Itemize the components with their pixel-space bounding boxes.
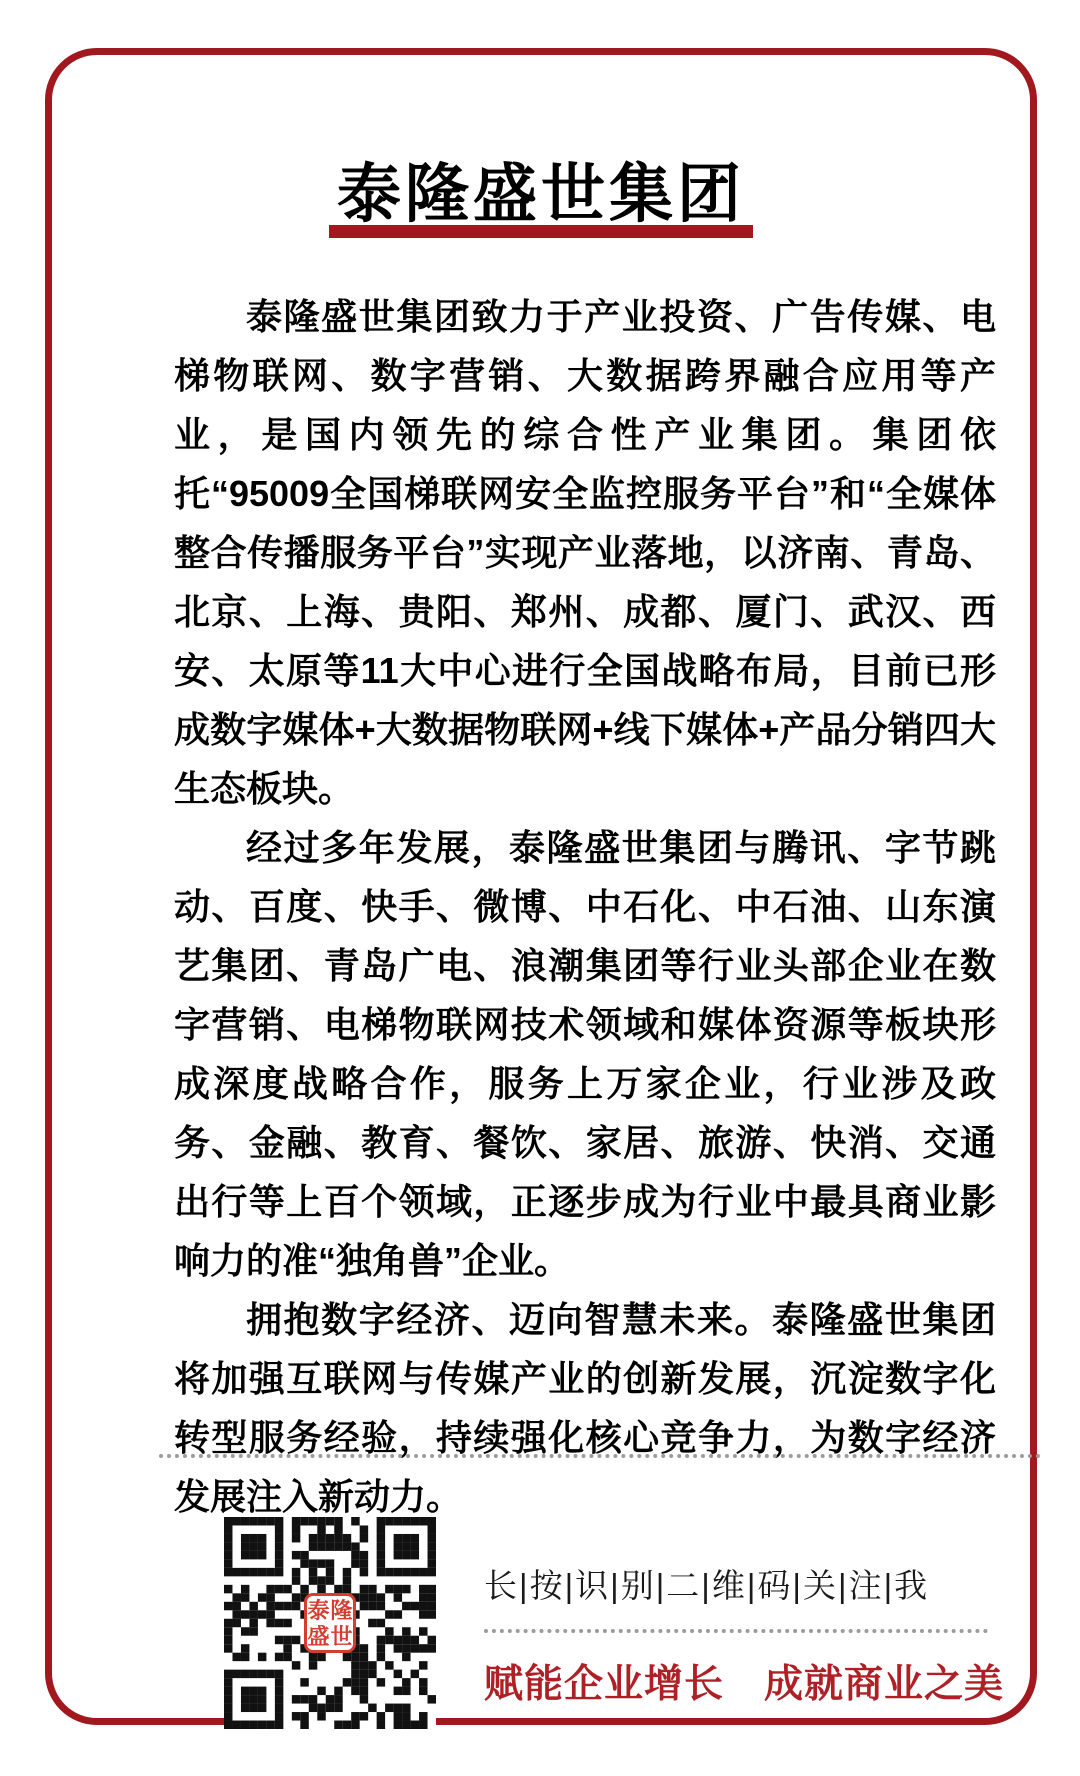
section-divider	[159, 1454, 1041, 1458]
seal-char: 盛	[307, 1624, 330, 1650]
paragraph-3: 拥抱数字经济、迈向智慧未来。泰隆盛世集团将加强互联网与传媒产业的创新发展，沉淀数…	[174, 1290, 996, 1526]
page-title: 泰隆盛世集团	[52, 159, 1030, 229]
seal-char: 隆	[330, 1598, 353, 1624]
qr-footer-text: 长|按|识|别|二|维|码|关|注|我 赋能企业增长 成就商业之美	[484, 1560, 990, 1709]
qr-code[interactable]: 泰 隆 盛 世	[224, 1517, 436, 1729]
brand-slogan: 赋能企业增长 成就商业之美	[484, 1653, 990, 1709]
caption-divider	[484, 1629, 988, 1633]
company-seal-logo: 泰 隆 盛 世	[304, 1593, 356, 1653]
paragraph-1: 泰隆盛世集团致力于产业投资、广告传媒、电梯物联网、数字营销、大数据跨界融合应用等…	[174, 287, 996, 818]
seal-char: 世	[330, 1624, 353, 1650]
article-body: 泰隆盛世集团致力于产业投资、广告传媒、电梯物联网、数字营销、大数据跨界融合应用等…	[174, 287, 996, 1526]
seal-char: 泰	[307, 1598, 330, 1624]
article-card: 泰隆盛世集团 泰隆盛世集团致力于产业投资、广告传媒、电梯物联网、数字营销、大数据…	[45, 48, 1037, 1725]
paragraph-2: 经过多年发展，泰隆盛世集团与腾讯、字节跳动、百度、快手、微博、中石化、中石油、山…	[174, 818, 996, 1290]
title-section: 泰隆盛世集团	[52, 159, 1030, 249]
qr-caption: 长|按|识|别|二|维|码|关|注|我	[484, 1560, 990, 1607]
